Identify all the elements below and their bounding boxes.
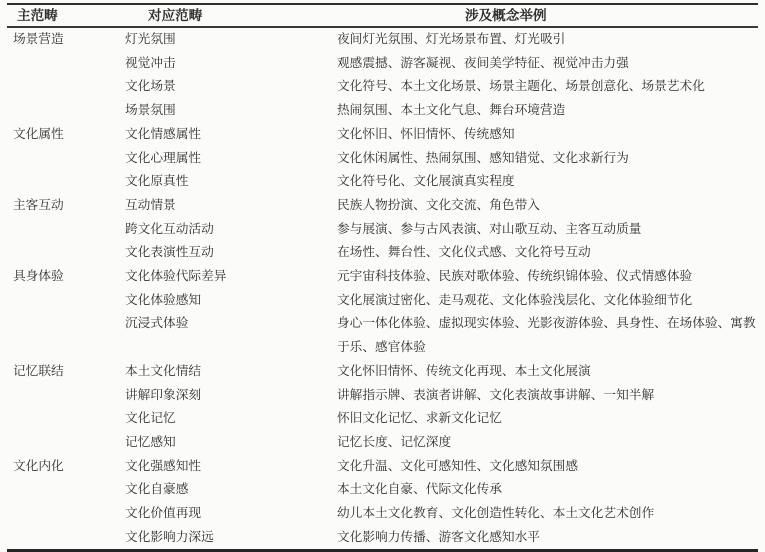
- sub-category-cell: 讲解印象深刻: [119, 384, 331, 408]
- table-row: 沉浸式体验身心一体化体验、虚拟现实体验、光影夜游体验、具身性、在场体验、寓教于乐…: [7, 312, 758, 359]
- table-row: 具身体验文化体验代际差异元宇宙科技体验、民族对歌体验、传统织锦体验、仪式情感体验: [7, 265, 758, 289]
- concepts-cell: 观感震撼、游客凝视、夜间美学特征、视觉冲击力强: [331, 52, 758, 76]
- sub-category-cell: 文化原真性: [119, 170, 331, 194]
- categories-table-container: 主范畴 对应范畴 涉及概念举例 场景营造灯光氛围夜间灯光氛围、灯光场景布置、灯光…: [7, 3, 758, 552]
- main-category-cell: [7, 478, 119, 502]
- main-category-cell: [7, 241, 119, 265]
- main-category-cell: [7, 218, 119, 242]
- concepts-cell: 讲解指示牌、表演者讲解、文化表演故事讲解、一知半解: [331, 384, 758, 408]
- table-row: 场景氛围热闹氛围、本土文化气息、舞台环境营造: [7, 99, 758, 123]
- main-category-cell: 文化内化: [7, 455, 119, 479]
- concepts-cell: 民族人物扮演、文化交流、角色带入: [331, 194, 758, 218]
- main-category-cell: [7, 52, 119, 76]
- main-category-cell: [7, 312, 119, 359]
- main-category-cell: 具身体验: [7, 265, 119, 289]
- table-row: 文化内化文化强感知性文化升温、文化可感知性、文化感知氛围感: [7, 455, 758, 479]
- concepts-cell: 夜间灯光氛围、灯光场景布置、灯光吸引: [331, 27, 758, 52]
- main-category-cell: [7, 147, 119, 171]
- table-row: 文化自豪感本土文化自豪、代际文化传承: [7, 478, 758, 502]
- concepts-cell: 热闹氛围、本土文化气息、舞台环境营造: [331, 99, 758, 123]
- table-row: 记忆感知记忆长度、记忆深度: [7, 431, 758, 455]
- sub-category-cell: 文化表演性互动: [119, 241, 331, 265]
- sub-category-cell: 文化自豪感: [119, 478, 331, 502]
- sub-category-cell: 沉浸式体验: [119, 312, 331, 359]
- sub-category-cell: 视觉冲击: [119, 52, 331, 76]
- sub-category-cell: 跨文化互动活动: [119, 218, 331, 242]
- concepts-cell: 文化展演过密化、走马观花、文化体验浅层化、文化体验细节化: [331, 289, 758, 313]
- main-category-cell: 文化属性: [7, 123, 119, 147]
- concepts-cell: 文化怀旧情怀、传统文化再现、本土文化展演: [331, 360, 758, 384]
- sub-category-cell: 文化价值再现: [119, 502, 331, 526]
- table-header-row: 主范畴 对应范畴 涉及概念举例: [7, 4, 758, 27]
- column-header-main-category: 主范畴: [7, 4, 119, 27]
- concepts-cell: 文化影响力传播、游客文化感知水平: [331, 526, 758, 551]
- sub-category-cell: 本土文化情结: [119, 360, 331, 384]
- table-body: 场景营造灯光氛围夜间灯光氛围、灯光场景布置、灯光吸引视觉冲击观感震撼、游客凝视、…: [7, 27, 758, 551]
- table-row: 场景营造灯光氛围夜间灯光氛围、灯光场景布置、灯光吸引: [7, 27, 758, 52]
- main-category-cell: 主客互动: [7, 194, 119, 218]
- concepts-cell: 文化符号化、文化展演真实程度: [331, 170, 758, 194]
- main-category-cell: [7, 502, 119, 526]
- main-category-cell: [7, 170, 119, 194]
- main-category-cell: [7, 431, 119, 455]
- sub-category-cell: 文化记忆: [119, 407, 331, 431]
- sub-category-cell: 文化体验感知: [119, 289, 331, 313]
- main-category-cell: [7, 75, 119, 99]
- table-row: 文化场景文化符号、本土文化场景、场景主题化、场景创意化、场景艺术化: [7, 75, 758, 99]
- table-row: 记忆联结本土文化情结文化怀旧情怀、传统文化再现、本土文化展演: [7, 360, 758, 384]
- concepts-cell: 文化升温、文化可感知性、文化感知氛围感: [331, 455, 758, 479]
- column-header-concepts: 涉及概念举例: [331, 4, 758, 27]
- sub-category-cell: 文化强感知性: [119, 455, 331, 479]
- table-row: 视觉冲击观感震撼、游客凝视、夜间美学特征、视觉冲击力强: [7, 52, 758, 76]
- concepts-cell: 幼儿本土文化教育、文化创造性转化、本土文化艺术创作: [331, 502, 758, 526]
- table-row: 文化心理属性文化休闲属性、热闹氛围、感知错觉、文化求新行为: [7, 147, 758, 171]
- concepts-cell: 文化休闲属性、热闹氛围、感知错觉、文化求新行为: [331, 147, 758, 171]
- table-row: 文化影响力深远文化影响力传播、游客文化感知水平: [7, 526, 758, 551]
- table-row: 文化体验感知文化展演过密化、走马观花、文化体验浅层化、文化体验细节化: [7, 289, 758, 313]
- main-category-cell: 记忆联结: [7, 360, 119, 384]
- concepts-cell: 怀旧文化记忆、求新文化记忆: [331, 407, 758, 431]
- sub-category-cell: 互动情景: [119, 194, 331, 218]
- table-row: 文化属性文化情感属性文化怀旧、怀旧情怀、传统感知: [7, 123, 758, 147]
- sub-category-cell: 文化影响力深远: [119, 526, 331, 551]
- main-category-cell: [7, 526, 119, 551]
- main-category-cell: [7, 384, 119, 408]
- sub-category-cell: 文化场景: [119, 75, 331, 99]
- concepts-cell: 身心一体化体验、虚拟现实体验、光影夜游体验、具身性、在场体验、寓教于乐、感官体验: [331, 312, 758, 359]
- categories-table: 主范畴 对应范畴 涉及概念举例 场景营造灯光氛围夜间灯光氛围、灯光场景布置、灯光…: [7, 3, 758, 552]
- main-category-cell: [7, 289, 119, 313]
- table-row: 文化原真性文化符号化、文化展演真实程度: [7, 170, 758, 194]
- concepts-cell: 本土文化自豪、代际文化传承: [331, 478, 758, 502]
- main-category-cell: 场景营造: [7, 27, 119, 52]
- main-category-cell: [7, 407, 119, 431]
- column-header-sub-category: 对应范畴: [119, 4, 331, 27]
- table-row: 跨文化互动活动参与展演、参与古风表演、对山歌互动、主客互动质量: [7, 218, 758, 242]
- sub-category-cell: 文化体验代际差异: [119, 265, 331, 289]
- table-row: 文化表演性互动在场性、舞台性、文化仪式感、文化符号互动: [7, 241, 758, 265]
- main-category-cell: [7, 99, 119, 123]
- concepts-cell: 文化怀旧、怀旧情怀、传统感知: [331, 123, 758, 147]
- sub-category-cell: 场景氛围: [119, 99, 331, 123]
- concepts-cell: 文化符号、本土文化场景、场景主题化、场景创意化、场景艺术化: [331, 75, 758, 99]
- sub-category-cell: 记忆感知: [119, 431, 331, 455]
- concepts-cell: 元宇宙科技体验、民族对歌体验、传统织锦体验、仪式情感体验: [331, 265, 758, 289]
- concepts-cell: 记忆长度、记忆深度: [331, 431, 758, 455]
- table-row: 主客互动互动情景民族人物扮演、文化交流、角色带入: [7, 194, 758, 218]
- sub-category-cell: 文化心理属性: [119, 147, 331, 171]
- table-row: 讲解印象深刻讲解指示牌、表演者讲解、文化表演故事讲解、一知半解: [7, 384, 758, 408]
- table-row: 文化价值再现幼儿本土文化教育、文化创造性转化、本土文化艺术创作: [7, 502, 758, 526]
- concepts-cell: 在场性、舞台性、文化仪式感、文化符号互动: [331, 241, 758, 265]
- concepts-cell: 参与展演、参与古风表演、对山歌互动、主客互动质量: [331, 218, 758, 242]
- table-row: 文化记忆怀旧文化记忆、求新文化记忆: [7, 407, 758, 431]
- sub-category-cell: 文化情感属性: [119, 123, 331, 147]
- sub-category-cell: 灯光氛围: [119, 27, 331, 52]
